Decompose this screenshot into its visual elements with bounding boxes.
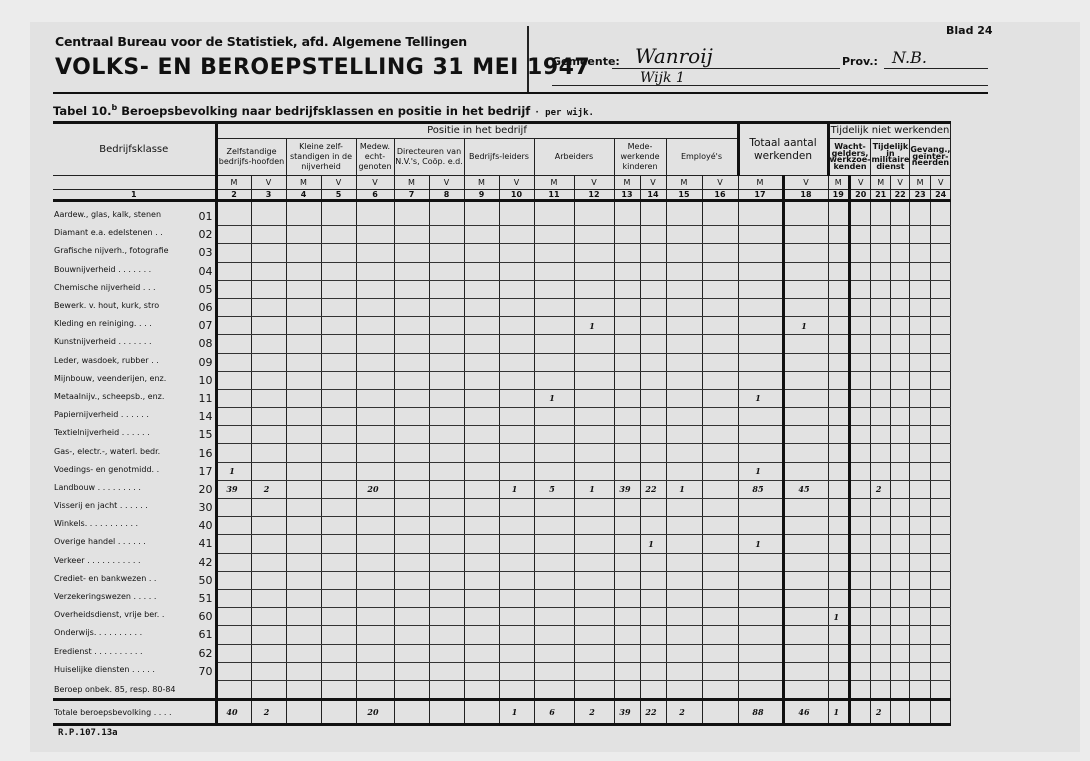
data-cell xyxy=(321,571,356,589)
spacer-row xyxy=(53,201,951,209)
data-cell xyxy=(871,462,890,480)
sex-label: V xyxy=(702,176,738,190)
data-cell xyxy=(666,389,702,407)
industry-name: Aardew., glas, kalk, stenen xyxy=(54,210,161,219)
data-cell xyxy=(828,462,849,480)
row-header-bedrijfsklasse: Bedrijfsklasse xyxy=(53,123,216,176)
data-cell xyxy=(464,353,499,371)
data-cell xyxy=(574,353,614,371)
data-cell xyxy=(910,480,931,498)
table-row: 10Mijnbouw, veenderijen, enz. xyxy=(53,371,951,389)
data-cell xyxy=(574,389,614,407)
data-cell xyxy=(286,208,321,226)
data-cell xyxy=(849,608,870,626)
data-cell xyxy=(640,208,666,226)
subgroup-header: Tijdelijk in militaire dienst xyxy=(871,139,910,176)
industry-code: 14 xyxy=(199,410,215,423)
data-cell xyxy=(574,426,614,444)
table-row: 09Leder, wasdoek, rubber . . xyxy=(53,353,951,371)
data-cell xyxy=(930,680,951,699)
data-cell xyxy=(251,280,286,298)
data-cell xyxy=(251,335,286,353)
data-cell xyxy=(574,226,614,244)
group-tijdelijk: Tijdelijk niet werkenden xyxy=(828,123,951,139)
data-cell xyxy=(464,571,499,589)
data-cell xyxy=(429,298,464,316)
column-number: 17 xyxy=(738,190,783,201)
data-cell xyxy=(871,626,890,644)
data-cell xyxy=(286,608,321,626)
data-cell xyxy=(286,298,321,316)
data-cell: 22 xyxy=(640,480,666,498)
data-cell xyxy=(666,589,702,607)
data-cell xyxy=(534,371,574,389)
data-cell xyxy=(574,280,614,298)
data-cell: 1 xyxy=(738,389,783,407)
data-cell xyxy=(849,280,870,298)
data-cell xyxy=(429,408,464,426)
data-cell xyxy=(286,480,321,498)
data-cell xyxy=(321,480,356,498)
data-cell xyxy=(216,371,251,389)
data-cell xyxy=(738,644,783,662)
sex-label: M xyxy=(738,176,783,190)
industry-name: Overheidsdienst, vrije ber. . xyxy=(54,610,164,619)
data-cell xyxy=(251,571,286,589)
subgroup-header: Zelfstandige bedrijfs-hoofden xyxy=(216,139,286,176)
data-cell xyxy=(251,535,286,553)
data-cell xyxy=(910,426,931,444)
data-cell xyxy=(574,644,614,662)
data-cell xyxy=(666,353,702,371)
data-cell xyxy=(702,426,738,444)
data-cell xyxy=(286,499,321,517)
data-cell xyxy=(828,426,849,444)
data-cell xyxy=(614,317,640,335)
data-cell xyxy=(910,389,931,407)
industry-code: 20 xyxy=(199,483,215,496)
sex-label: V xyxy=(356,176,394,190)
data-cell xyxy=(702,589,738,607)
industry-code: 61 xyxy=(199,628,215,641)
data-cell xyxy=(251,499,286,517)
data-cell xyxy=(828,499,849,517)
industry-label: 61Onderwijs. . . . . . . . . . xyxy=(53,626,216,644)
total-cell xyxy=(321,700,356,725)
industry-label: 60Overheidsdienst, vrije ber. . xyxy=(53,608,216,626)
data-cell xyxy=(499,517,534,535)
data-cell xyxy=(216,244,251,262)
data-cell xyxy=(394,517,429,535)
data-cell xyxy=(930,499,951,517)
data-cell xyxy=(666,571,702,589)
data-cell xyxy=(251,262,286,280)
data-cell xyxy=(666,608,702,626)
data-cell xyxy=(286,644,321,662)
industry-code: 17 xyxy=(199,465,215,478)
data-cell xyxy=(216,444,251,462)
table-row: 51Verzekeringswezen . . . . . xyxy=(53,589,951,607)
data-cell xyxy=(849,480,870,498)
data-cell xyxy=(890,535,909,553)
data-cell xyxy=(614,662,640,680)
industry-name: Textielnijverheid . . . . . . xyxy=(54,428,150,437)
data-cell xyxy=(429,462,464,480)
total-cell xyxy=(286,700,321,725)
data-cell xyxy=(356,353,394,371)
data-cell xyxy=(702,335,738,353)
data-cell xyxy=(216,226,251,244)
data-cell xyxy=(394,462,429,480)
data-cell xyxy=(702,408,738,426)
table-row: 06Bewerk. v. hout, kurk, stro xyxy=(53,298,951,316)
data-cell xyxy=(890,317,909,335)
data-cell xyxy=(464,371,499,389)
data-cell xyxy=(910,444,931,462)
data-cell xyxy=(640,280,666,298)
data-cell xyxy=(666,244,702,262)
subgroup-header: Directeuren van N.V.'s, Coöp. e.d. xyxy=(394,139,464,176)
data-cell xyxy=(499,208,534,226)
data-cell xyxy=(828,335,849,353)
data-cell xyxy=(251,389,286,407)
data-cell xyxy=(910,535,931,553)
data-cell xyxy=(849,517,870,535)
data-cell xyxy=(321,298,356,316)
data-cell xyxy=(321,644,356,662)
data-cell xyxy=(464,280,499,298)
data-cell xyxy=(640,426,666,444)
data-cell xyxy=(356,499,394,517)
data-cell xyxy=(534,662,574,680)
data-cell xyxy=(464,408,499,426)
data-cell xyxy=(394,662,429,680)
data-cell xyxy=(614,499,640,517)
data-cell xyxy=(464,589,499,607)
table-row: 40Winkels. . . . . . . . . . . xyxy=(53,517,951,535)
industry-label: 10Mijnbouw, veenderijen, enz. xyxy=(53,371,216,389)
industry-label: 30Visserij en jacht . . . . . . xyxy=(53,499,216,517)
data-cell xyxy=(534,426,574,444)
industry-name: Papiernijverheid . . . . . . xyxy=(54,410,149,419)
data-cell xyxy=(849,644,870,662)
data-cell xyxy=(666,444,702,462)
data-cell xyxy=(871,389,890,407)
data-cell xyxy=(429,208,464,226)
provincie-underline xyxy=(884,68,988,69)
data-cell xyxy=(910,262,931,280)
subgroup-header: Employé's xyxy=(666,139,738,176)
data-cell xyxy=(356,262,394,280)
data-cell xyxy=(890,608,909,626)
data-cell xyxy=(614,444,640,462)
data-cell xyxy=(614,280,640,298)
data-cell xyxy=(356,317,394,335)
data-cell xyxy=(702,371,738,389)
data-cell xyxy=(534,298,574,316)
data-cell xyxy=(890,517,909,535)
data-cell xyxy=(394,553,429,571)
data-cell xyxy=(783,208,828,226)
data-cell xyxy=(356,553,394,571)
total-cell: 1 xyxy=(828,700,849,725)
industry-label: Beroep onbek. 85, resp. 80-84 xyxy=(53,680,216,699)
data-cell xyxy=(321,371,356,389)
data-cell xyxy=(849,589,870,607)
table-row: 08Kunstnijverheid . . . . . . . xyxy=(53,335,951,353)
data-cell xyxy=(534,444,574,462)
data-cell xyxy=(251,626,286,644)
table-row: 14Papiernijverheid . . . . . . xyxy=(53,408,951,426)
data-cell xyxy=(890,680,909,699)
data-cell xyxy=(574,662,614,680)
data-cell xyxy=(738,426,783,444)
data-cell xyxy=(394,589,429,607)
blank-cell xyxy=(499,201,534,209)
data-cell xyxy=(738,298,783,316)
data-cell xyxy=(574,499,614,517)
data-cell xyxy=(429,389,464,407)
data-cell xyxy=(666,644,702,662)
data-cell: 1 xyxy=(828,608,849,626)
data-cell xyxy=(429,680,464,699)
data-cell xyxy=(930,589,951,607)
data-cell xyxy=(574,208,614,226)
data-cell xyxy=(251,589,286,607)
industry-code: 15 xyxy=(199,428,215,441)
table-row: 07Kleding en reiniging. . . .11 xyxy=(53,317,951,335)
data-cell xyxy=(783,680,828,699)
data-cell xyxy=(890,480,909,498)
column-number-row: 123456789101112131415161718192021222324 xyxy=(53,190,951,201)
data-cell xyxy=(890,262,909,280)
data-cell xyxy=(871,226,890,244)
data-cell xyxy=(871,244,890,262)
group-positie: Positie in het bedrijf xyxy=(216,123,738,139)
data-cell xyxy=(871,680,890,699)
industry-name: Voedings- en genotmidd. . xyxy=(54,465,159,474)
data-cell xyxy=(828,208,849,226)
column-number: 19 xyxy=(828,190,849,201)
data-cell xyxy=(429,480,464,498)
data-cell xyxy=(251,553,286,571)
data-cell xyxy=(321,680,356,699)
data-cell xyxy=(429,444,464,462)
data-cell xyxy=(574,371,614,389)
industry-label: 42Verkeer . . . . . . . . . . . xyxy=(53,553,216,571)
industry-label: 09Leder, wasdoek, rubber . . xyxy=(53,353,216,371)
data-cell xyxy=(499,571,534,589)
data-cell xyxy=(890,371,909,389)
data-cell xyxy=(394,226,429,244)
data-cell xyxy=(849,462,870,480)
data-cell xyxy=(216,553,251,571)
industry-name: Winkels. . . . . . . . . . . xyxy=(54,519,138,528)
data-cell xyxy=(216,499,251,517)
table-row: 16Gas-, electr.-, waterl. bedr. xyxy=(53,444,951,462)
table-title-text: Beroepsbevolking naar bedrijfsklassen en… xyxy=(121,104,530,118)
data-cell xyxy=(464,662,499,680)
data-cell xyxy=(464,244,499,262)
table-row: Beroep onbek. 85, resp. 80-84 xyxy=(53,680,951,699)
data-cell xyxy=(216,280,251,298)
table-row: 04Bouwnijverheid . . . . . . . xyxy=(53,262,951,280)
data-cell xyxy=(499,280,534,298)
industry-code: 30 xyxy=(199,501,215,514)
data-cell xyxy=(640,262,666,280)
data-cell xyxy=(871,499,890,517)
data-cell xyxy=(356,644,394,662)
data-cell xyxy=(828,480,849,498)
data-cell xyxy=(910,589,931,607)
data-cell xyxy=(499,262,534,280)
industry-name: Huiselijke diensten . . . . . xyxy=(54,665,155,674)
table-title-superscript: b xyxy=(111,103,117,112)
industry-label: 50Crediet- en bankwezen . . xyxy=(53,571,216,589)
total-cell: 39 xyxy=(614,700,640,725)
data-cell xyxy=(828,353,849,371)
data-cell xyxy=(574,244,614,262)
data-cell xyxy=(356,571,394,589)
industry-code: 01 xyxy=(199,210,215,223)
table-row: 17Voedings- en genotmidd. .11 xyxy=(53,462,951,480)
data-cell xyxy=(890,444,909,462)
data-cell xyxy=(930,426,951,444)
data-cell xyxy=(534,644,574,662)
data-cell xyxy=(783,426,828,444)
data-cell xyxy=(910,226,931,244)
data-cell xyxy=(783,280,828,298)
industry-name: Landbouw . . . . . . . . . xyxy=(54,483,141,492)
industry-name: Overige handel . . . . . . xyxy=(54,537,146,546)
data-cell xyxy=(216,517,251,535)
sex-label: M xyxy=(666,176,702,190)
data-cell xyxy=(499,444,534,462)
data-cell xyxy=(356,208,394,226)
data-cell xyxy=(783,371,828,389)
data-cell xyxy=(574,335,614,353)
group-header-row: BedrijfsklassePositie in het bedrijfTota… xyxy=(53,123,951,139)
data-cell xyxy=(614,353,640,371)
data-cell xyxy=(614,553,640,571)
data-cell xyxy=(890,389,909,407)
data-cell xyxy=(394,244,429,262)
data-cell xyxy=(614,535,640,553)
data-cell xyxy=(849,262,870,280)
data-cell xyxy=(702,644,738,662)
data-cell xyxy=(286,426,321,444)
data-cell xyxy=(702,517,738,535)
data-cell xyxy=(614,226,640,244)
industry-label: 14Papiernijverheid . . . . . . xyxy=(53,408,216,426)
data-cell xyxy=(251,353,286,371)
provincie-label: Prov.: xyxy=(842,55,878,68)
data-cell xyxy=(429,571,464,589)
data-cell xyxy=(738,680,783,699)
industry-name: Bewerk. v. hout, kurk, stro xyxy=(54,301,159,310)
data-cell xyxy=(534,589,574,607)
total-cell: 2 xyxy=(871,700,890,725)
industry-name: Crediet- en bankwezen . . xyxy=(54,574,156,583)
data-cell xyxy=(614,626,640,644)
data-cell xyxy=(828,408,849,426)
data-cell xyxy=(356,280,394,298)
data-cell xyxy=(666,298,702,316)
data-cell xyxy=(394,499,429,517)
data-cell xyxy=(910,317,931,335)
subgroup-header: Wacht-gelders, werkzoe-kenden xyxy=(828,139,871,176)
data-cell xyxy=(429,517,464,535)
data-cell xyxy=(321,589,356,607)
data-cell xyxy=(321,553,356,571)
data-cell xyxy=(356,226,394,244)
industry-name: Kleding en reiniging. . . . xyxy=(54,319,152,328)
table-row: 60Overheidsdienst, vrije ber. .1 xyxy=(53,608,951,626)
column-number: 9 xyxy=(464,190,499,201)
data-cell xyxy=(828,317,849,335)
industry-label: 11Metaalnijv., scheepsb., enz. xyxy=(53,389,216,407)
data-cell xyxy=(666,371,702,389)
data-cell: 1 xyxy=(574,317,614,335)
data-cell xyxy=(849,499,870,517)
data-cell xyxy=(783,571,828,589)
column-number: 23 xyxy=(910,190,931,201)
data-cell xyxy=(574,680,614,699)
data-cell xyxy=(534,408,574,426)
data-cell xyxy=(464,462,499,480)
data-cell xyxy=(321,499,356,517)
data-cell xyxy=(871,262,890,280)
data-cell: 5 xyxy=(534,480,574,498)
data-cell xyxy=(666,280,702,298)
blank-cell xyxy=(429,201,464,209)
industry-name: Metaalnijv., scheepsb., enz. xyxy=(54,392,164,401)
data-cell xyxy=(574,444,614,462)
data-cell xyxy=(356,408,394,426)
industry-label: 62Eredienst . . . . . . . . . . xyxy=(53,644,216,662)
industry-label: 02Diamant e.a. edelstenen . . xyxy=(53,226,216,244)
data-cell xyxy=(828,280,849,298)
data-cell xyxy=(356,608,394,626)
table-row: 02Diamant e.a. edelstenen . . xyxy=(53,226,951,244)
data-cell xyxy=(321,353,356,371)
data-cell xyxy=(464,426,499,444)
data-cell xyxy=(640,298,666,316)
data-cell xyxy=(321,535,356,553)
data-cell xyxy=(356,371,394,389)
data-cell xyxy=(890,462,909,480)
data-cell: 2 xyxy=(871,480,890,498)
industry-name: Diamant e.a. edelstenen . . xyxy=(54,228,163,237)
industry-name: Leder, wasdoek, rubber . . xyxy=(54,356,159,365)
data-cell xyxy=(216,626,251,644)
data-cell xyxy=(930,298,951,316)
data-cell xyxy=(828,244,849,262)
data-cell xyxy=(930,317,951,335)
table-row: 61Onderwijs. . . . . . . . . . xyxy=(53,626,951,644)
sex-label: M xyxy=(828,176,849,190)
data-cell xyxy=(849,680,870,699)
blank-cell xyxy=(534,201,574,209)
data-cell xyxy=(702,298,738,316)
data-cell xyxy=(640,353,666,371)
column-number: 12 xyxy=(574,190,614,201)
data-cell xyxy=(251,662,286,680)
data-cell xyxy=(286,262,321,280)
data-cell xyxy=(738,662,783,680)
data-cell xyxy=(738,317,783,335)
data-cell xyxy=(930,462,951,480)
